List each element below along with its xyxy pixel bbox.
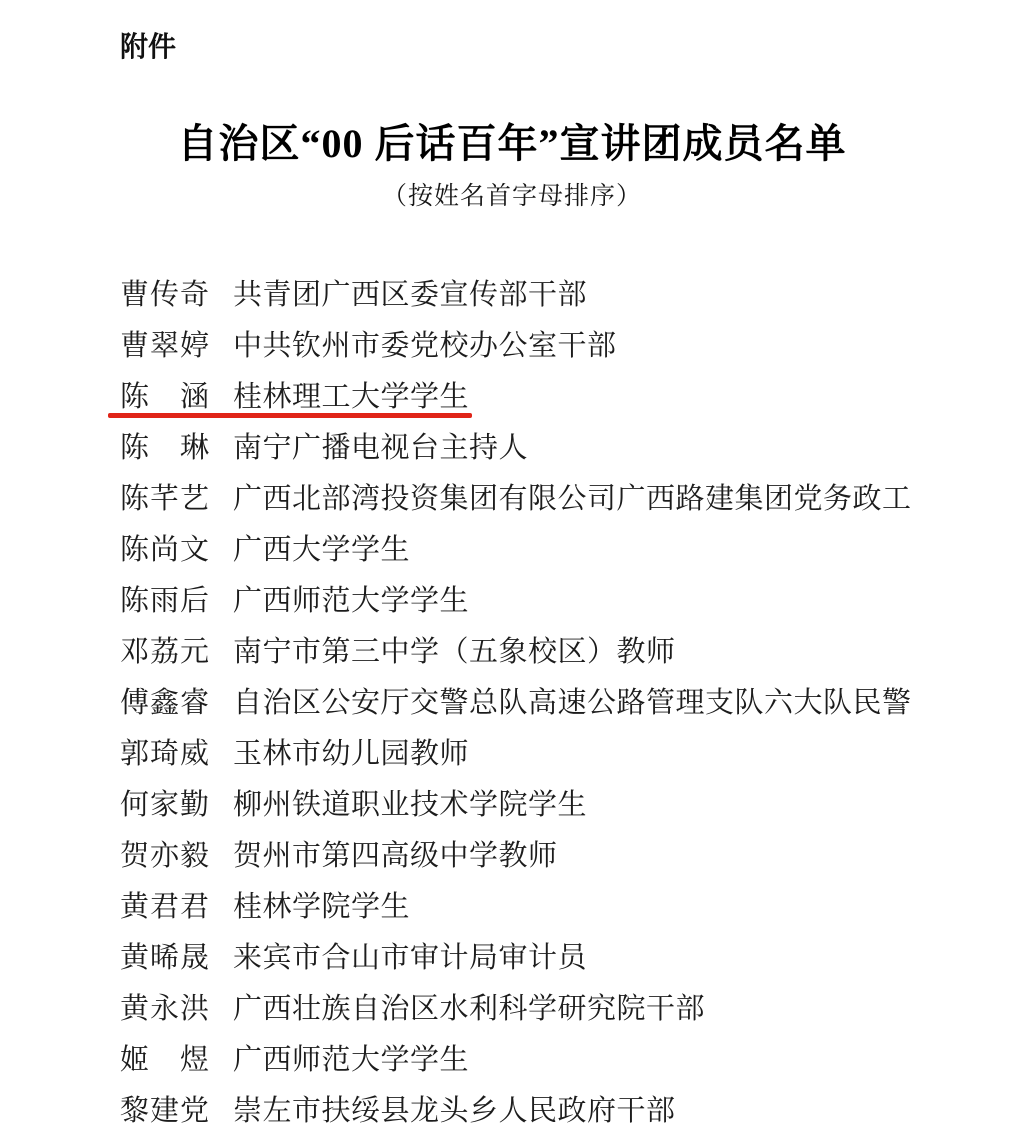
member-affiliation: 广西师范大学学生 [233,578,469,619]
member-name: 邓荔元 [120,629,218,670]
member-row: 陈尚文 广西大学学生 [120,522,924,573]
member-affiliation: 柳州铁道职业技术学院学生 [233,782,587,823]
member-row: 陈 涵 桂林理工大学学生 [120,369,924,420]
member-name: 陈尚文 [120,527,218,568]
member-name: 黄君君 [120,884,218,925]
member-row: 陈 琳 南宁广播电视台主持人 [120,420,924,471]
member-row: 郭琦威 玉林市幼儿园教师 [120,726,924,777]
member-affiliation: 桂林学院学生 [233,884,410,925]
member-row: 曹传奇 共青团广西区委宣传部干部 [120,267,924,318]
member-name: 陈 琳 [120,425,218,466]
member-name: 黎建党 [120,1088,218,1129]
document-page: 附件 自治区“00 后话百年”宣讲团成员名单 （按姓名首字母排序） 曹传奇 共青… [0,0,1024,1137]
member-affiliation: 玉林市幼儿园教师 [233,731,469,772]
member-row: 黄永洪 广西壮族自治区水利科学研究院干部 [120,981,924,1032]
attachment-label: 附件 [120,28,1024,66]
member-name: 曹翠婷 [120,323,218,364]
member-list: 曹传奇 共青团广西区委宣传部干部 曹翠婷 中共钦州市委党校办公室干部 陈 涵 桂… [0,267,1024,1134]
document-title: 自治区“00 后话百年”宣讲团成员名单 [0,120,1024,168]
member-affiliation: 广西师范大学学生 [233,1037,469,1078]
member-name: 姬 煜 [120,1037,218,1078]
member-name: 傅鑫睿 [120,680,218,721]
member-affiliation: 广西大学学生 [233,527,410,568]
member-affiliation: 广西壮族自治区水利科学研究院干部 [233,986,705,1027]
member-affiliation: 贺州市第四高级中学教师 [233,833,558,874]
member-row: 何家勤 柳州铁道职业技术学院学生 [120,777,924,828]
member-affiliation: 来宾市合山市审计局审计员 [233,935,587,976]
member-row: 姬 煜 广西师范大学学生 [120,1032,924,1083]
member-affiliation: 自治区公安厅交警总队高速公路管理支队六大队民警 [233,680,912,721]
member-name: 贺亦毅 [120,833,218,874]
member-affiliation: 崇左市扶绥县龙头乡人民政府干部 [233,1088,676,1129]
member-name: 郭琦威 [120,731,218,772]
member-affiliation: 南宁市第三中学（五象校区）教师 [233,629,676,670]
member-name: 何家勤 [120,782,218,823]
member-row: 陈雨后 广西师范大学学生 [120,573,924,624]
member-name: 陈 涵 [120,374,218,415]
member-name: 曹传奇 [120,272,218,313]
member-affiliation: 桂林理工大学学生 [233,374,469,415]
member-affiliation: 共青团广西区委宣传部干部 [233,272,587,313]
member-row: 傅鑫睿 自治区公安厅交警总队高速公路管理支队六大队民警 [120,675,924,726]
member-affiliation: 广西北部湾投资集团有限公司广西路建集团党务政工 [233,476,912,517]
member-name: 陈芊艺 [120,476,218,517]
member-row: 黄晞晟 来宾市合山市审计局审计员 [120,930,924,981]
member-row: 贺亦毅 贺州市第四高级中学教师 [120,828,924,879]
member-row: 曹翠婷 中共钦州市委党校办公室干部 [120,318,924,369]
member-row: 陈芊艺 广西北部湾投资集团有限公司广西路建集团党务政工 [120,471,924,522]
member-name: 陈雨后 [120,578,218,619]
member-row: 邓荔元 南宁市第三中学（五象校区）教师 [120,624,924,675]
member-name: 黄永洪 [120,986,218,1027]
member-affiliation: 中共钦州市委党校办公室干部 [233,323,617,364]
member-row: 黄君君 桂林学院学生 [120,879,924,930]
member-row: 黎建党 崇左市扶绥县龙头乡人民政府干部 [120,1083,924,1134]
member-name: 黄晞晟 [120,935,218,976]
member-affiliation: 南宁广播电视台主持人 [233,425,528,466]
document-subtitle: （按姓名首字母排序） [0,182,1024,212]
